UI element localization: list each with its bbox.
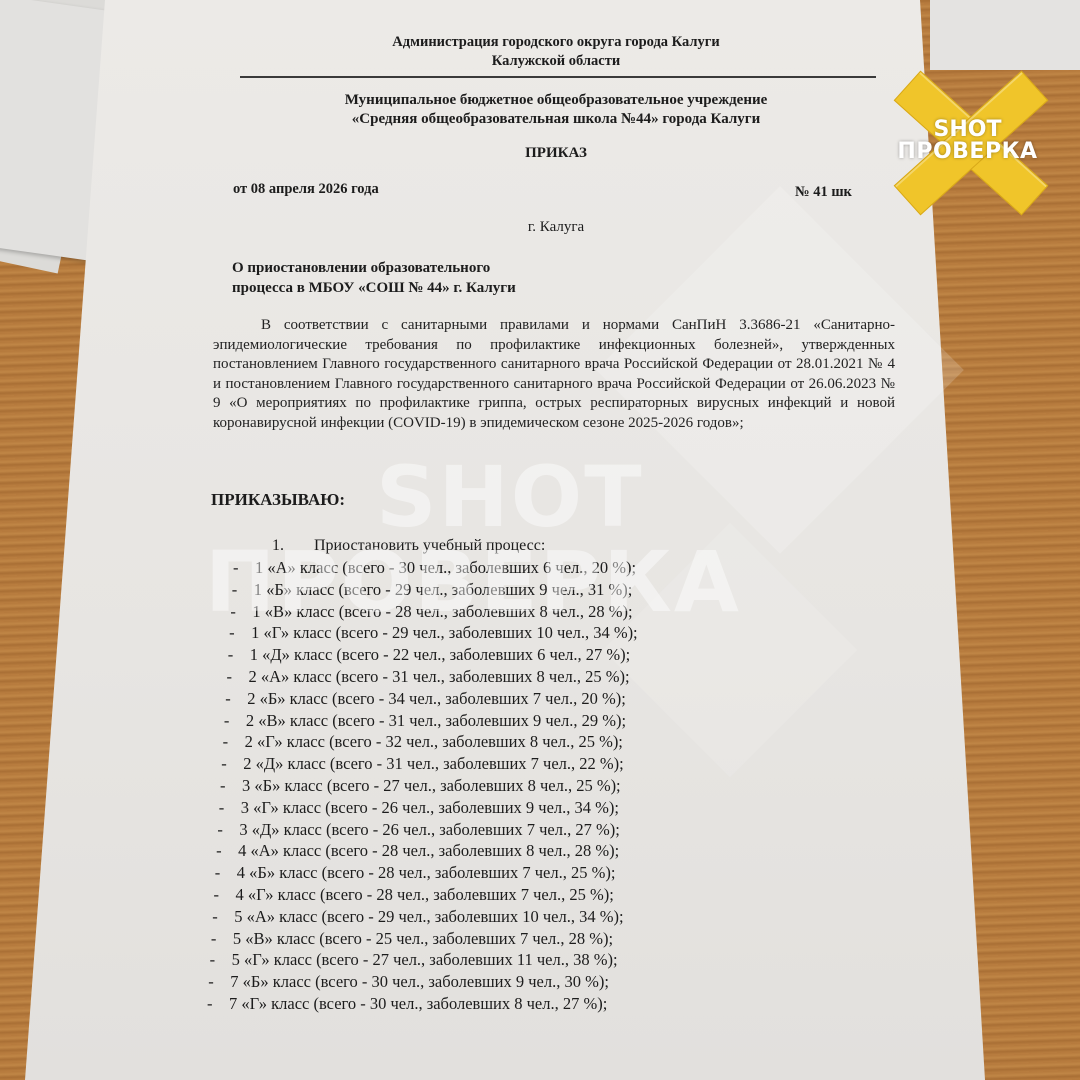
order-heading: ПРИКАЗЫВАЮ: bbox=[211, 490, 345, 510]
class-entry-text: 3 «Б» класс (всего - 27 чел., заболевших… bbox=[242, 776, 621, 795]
class-list-item: -3 «Д» класс (всего - 26 чел., заболевши… bbox=[217, 819, 619, 841]
administration-name: Администрация городского округа города К… bbox=[240, 33, 872, 52]
class-entry-text: 4 «А» класс (всего - 28 чел., заболевших… bbox=[238, 841, 619, 860]
bullet-dash: - bbox=[214, 884, 236, 906]
class-list-item: -5 «В» класс (всего - 25 чел., заболевши… bbox=[211, 928, 613, 950]
class-list-item: -4 «Г» класс (всего - 28 чел., заболевши… bbox=[214, 884, 614, 906]
order-subject: О приостановлении образовательного проце… bbox=[232, 258, 516, 298]
class-list-item: -1 «Г» класс (всего - 29 чел., заболевши… bbox=[229, 622, 638, 644]
school-name: «Средняя общеобразовательная школа №44» … bbox=[240, 110, 872, 129]
preamble-paragraph: В соответствии с санитарными правилами и… bbox=[213, 316, 895, 433]
bullet-dash: - bbox=[208, 971, 230, 993]
class-list-item: -3 «Г» класс (всего - 26 чел., заболевши… bbox=[219, 797, 619, 819]
bullet-dash: - bbox=[228, 644, 250, 666]
bullet-dash: - bbox=[211, 928, 233, 950]
institution-type: Муниципальное бюджетное общеобразователь… bbox=[240, 91, 872, 110]
subject-line: О приостановлении образовательного bbox=[232, 258, 516, 278]
class-list-item: -5 «Г» класс (всего - 27 чел., заболевши… bbox=[210, 949, 618, 971]
bullet-dash: - bbox=[207, 993, 229, 1015]
order-number: № 41 шк bbox=[795, 184, 852, 201]
class-list-item: -2 «Д» класс (всего - 31 чел., заболевши… bbox=[221, 753, 623, 775]
class-entry-text: 4 «Г» класс (всего - 28 чел., заболевших… bbox=[236, 885, 614, 904]
order-date: от 08 апреля 2026 года bbox=[233, 181, 379, 198]
class-entry-text: 4 «Б» класс (всего - 28 чел., заболевших… bbox=[237, 863, 616, 882]
watermark-diamond bbox=[603, 523, 858, 778]
bullet-dash: - bbox=[217, 819, 239, 841]
class-entry-text: 5 «В» класс (всего - 25 чел., заболевших… bbox=[233, 929, 613, 948]
class-entry-text: 2 «Г» класс (всего - 32 чел., заболевших… bbox=[245, 732, 623, 751]
watermark-text: SHOT bbox=[376, 448, 644, 546]
class-list-item: -1 «Д» класс (всего - 22 чел., заболевши… bbox=[228, 644, 630, 666]
class-entry-text: 1 «В» класс (всего - 28 чел., заболевших… bbox=[252, 602, 632, 621]
subject-line: процесса в МБОУ «СОШ № 44» г. Калуги bbox=[232, 278, 516, 298]
class-list-item: -2 «В» класс (всего - 31 чел., заболевши… bbox=[224, 710, 626, 732]
shot-proverka-badge: SHOT ПРОВЕРКА bbox=[880, 55, 1055, 220]
class-list-item: -4 «Б» класс (всего - 28 чел., заболевши… bbox=[215, 862, 616, 884]
class-entry-text: 1 «А» класс (всего - 30 чел., заболевших… bbox=[255, 558, 636, 577]
class-list-item: -2 «А» класс (всего - 31 чел., заболевши… bbox=[227, 666, 630, 688]
header-divider bbox=[240, 76, 876, 78]
bullet-dash: - bbox=[224, 710, 246, 732]
class-entry-text: 2 «Б» класс (всего - 34 чел., заболевших… bbox=[247, 689, 626, 708]
class-entry-text: 2 «А» класс (всего - 31 чел., заболевших… bbox=[249, 667, 630, 686]
school-header: Муниципальное бюджетное общеобразователь… bbox=[240, 91, 872, 129]
bullet-dash: - bbox=[232, 579, 254, 601]
bullet-dash: - bbox=[229, 622, 251, 644]
class-entry-text: 1 «Г» класс (всего - 29 чел., заболевших… bbox=[251, 623, 638, 642]
class-entry-text: 5 «А» класс (всего - 29 чел., заболевших… bbox=[234, 907, 623, 926]
class-list-item: -1 «Б» класс (всего - 29 чел., заболевши… bbox=[232, 579, 633, 601]
class-entry-text: 1 «Д» класс (всего - 22 чел., заболевших… bbox=[250, 645, 630, 664]
bullet-dash: - bbox=[220, 775, 242, 797]
class-entry-text: 7 «Г» класс (всего - 30 чел., заболевших… bbox=[229, 994, 607, 1013]
bullet-dash: - bbox=[216, 840, 238, 862]
class-list-item: -7 «Б» класс (всего - 30 чел., заболевши… bbox=[208, 971, 609, 993]
class-entry-text: 2 «Д» класс (всего - 31 чел., заболевших… bbox=[243, 754, 623, 773]
order-city: г. Калуга bbox=[240, 219, 872, 236]
administration-header: Администрация городского округа города К… bbox=[240, 33, 872, 71]
class-list-item: -1 «А» класс (всего - 30 чел., заболевши… bbox=[233, 557, 636, 579]
class-list-item: -3 «Б» класс (всего - 27 чел., заболевши… bbox=[220, 775, 621, 797]
class-entry-text: 3 «Г» класс (всего - 26 чел., заболевших… bbox=[241, 798, 619, 817]
order-item-1: 1.Приостановить учебный процесс: bbox=[272, 537, 545, 555]
class-entry-text: 7 «Б» класс (всего - 30 чел., заболевших… bbox=[230, 972, 609, 991]
bullet-dash: - bbox=[225, 688, 247, 710]
bullet-dash: - bbox=[227, 666, 249, 688]
bullet-dash: - bbox=[233, 557, 255, 579]
bullet-dash: - bbox=[212, 906, 234, 928]
class-list-item: -4 «А» класс (всего - 28 чел., заболевши… bbox=[216, 840, 619, 862]
bullet-dash: - bbox=[221, 753, 243, 775]
item-number: 1. bbox=[272, 537, 314, 555]
class-list-item: -5 «А» класс (всего - 29 чел., заболевши… bbox=[212, 906, 623, 928]
class-entry-text: 3 «Д» класс (всего - 26 чел., заболевших… bbox=[239, 820, 619, 839]
class-entry-text: 1 «Б» класс (всего - 29 чел., заболевших… bbox=[254, 580, 633, 599]
class-list-item: -7 «Г» класс (всего - 30 чел., заболевши… bbox=[207, 993, 607, 1015]
bullet-dash: - bbox=[210, 949, 232, 971]
class-list-item: -2 «Б» класс (всего - 34 чел., заболевши… bbox=[225, 688, 626, 710]
class-list-item: -2 «Г» класс (всего - 32 чел., заболевши… bbox=[223, 731, 623, 753]
region-name: Калужской области bbox=[240, 52, 872, 71]
class-entry-text: 5 «Г» класс (всего - 27 чел., заболевших… bbox=[232, 950, 618, 969]
badge-subtitle: ПРОВЕРКА bbox=[880, 139, 1055, 164]
bullet-dash: - bbox=[215, 862, 237, 884]
bullet-dash: - bbox=[223, 731, 245, 753]
class-list-item: -1 «В» класс (всего - 28 чел., заболевши… bbox=[230, 601, 632, 623]
class-entry-text: 2 «В» класс (всего - 31 чел., заболевших… bbox=[246, 711, 626, 730]
bullet-dash: - bbox=[230, 601, 252, 623]
bullet-dash: - bbox=[219, 797, 241, 819]
item-text: Приостановить учебный процесс: bbox=[314, 537, 545, 554]
document-title: ПРИКАЗ bbox=[240, 145, 872, 162]
